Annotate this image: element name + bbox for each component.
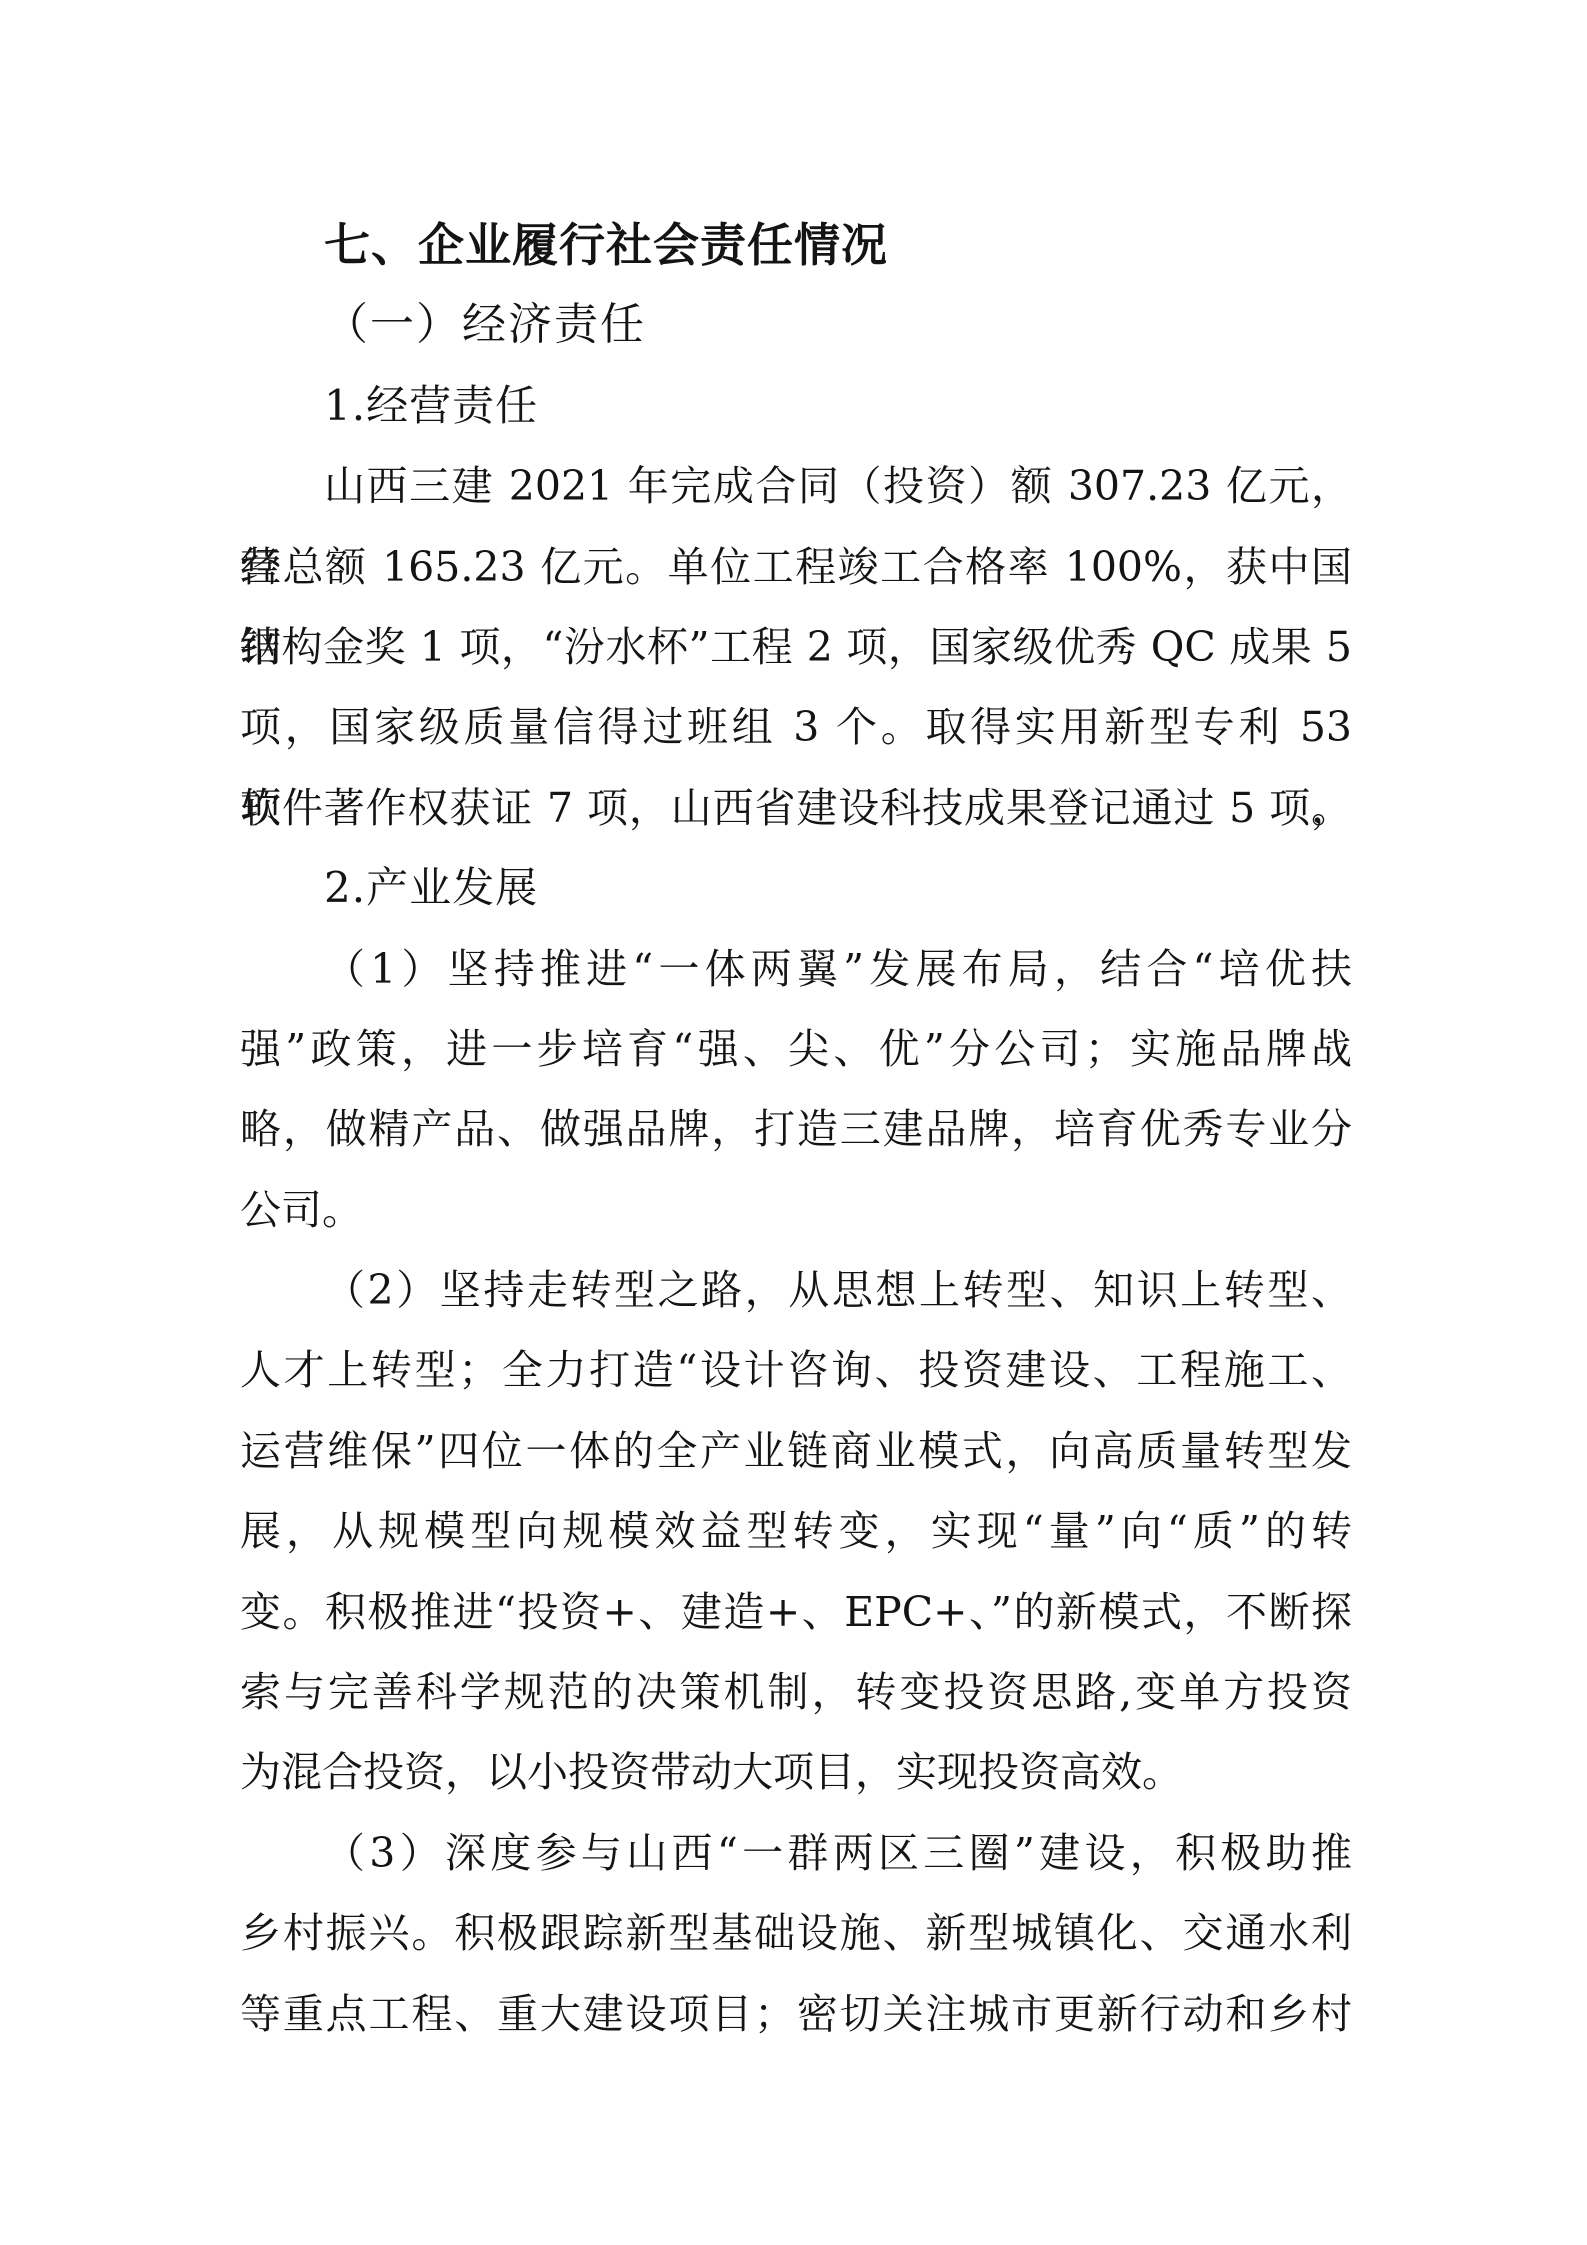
body-line: 人才上转型；全力打造“设计咨询、投资建设、工程施工、: [240, 1330, 1352, 1410]
numbered-heading-2: 2.产业发展: [240, 848, 1352, 928]
body-line: 略，做精产品、做强品牌，打造三建品牌，培育优秀专业分: [240, 1089, 1352, 1169]
body-line: 山西三建 2021 年完成合同（投资）额 307.23 亿元，经: [240, 446, 1352, 526]
body-line: 营总额 165.23 亿元。单位工程竣工合格率 100%，获中国钢: [240, 527, 1352, 607]
body-line: 索与完善科学规范的决策机制，转变投资思路,变单方投资: [240, 1652, 1352, 1732]
body-line: 结构金奖 1 项，“汾水杯”工程 2 项，国家级优秀 QC 成果 5: [240, 607, 1352, 687]
body-line: 强”政策，进一步培育“强、尖、优”分公司；实施品牌战: [240, 1009, 1352, 1089]
body-line: （1）坚持推进“一体两翼”发展布局，结合“培优扶: [240, 929, 1352, 1009]
document-page: 七、企业履行社会责任情况 （一）经济责任 1.经营责任 山西三建 2021 年完…: [0, 0, 1587, 2245]
body-line: 软件著作权获证 7 项，山西省建设科技成果登记通过 5 项。: [240, 768, 1352, 848]
body-line: 乡村振兴。积极跟踪新型基础设施、新型城镇化、交通水利: [240, 1893, 1352, 1973]
sub-heading: （一）经济责任: [240, 285, 1352, 365]
body-line: 为混合投资，以小投资带动大项目，实现投资高效。: [240, 1732, 1352, 1812]
numbered-heading-1: 1.经营责任: [240, 366, 1352, 446]
document-body: 七、企业履行社会责任情况 （一）经济责任 1.经营责任 山西三建 2021 年完…: [240, 205, 1352, 2054]
body-line: 变。积极推进“投资+、建造+、EPC+、”的新模式，不断探: [240, 1572, 1352, 1652]
body-line: （3）深度参与山西“一群两区三圈”建设，积极助推: [240, 1813, 1352, 1893]
body-line: 运营维保”四位一体的全产业链商业模式，向高质量转型发: [240, 1411, 1352, 1491]
body-line: 展，从规模型向规模效益型转变，实现“量”向“质”的转: [240, 1491, 1352, 1571]
body-line: （2）坚持走转型之路，从思想上转型、知识上转型、: [240, 1250, 1352, 1330]
body-line: 公司。: [240, 1170, 1352, 1250]
body-line: 项，国家级质量信得过班组 3 个。取得实用新型专利 53 项，: [240, 687, 1352, 767]
body-line: 等重点工程、重大建设项目；密切关注城市更新行动和乡村: [240, 1974, 1352, 2054]
section-heading: 七、企业履行社会责任情况: [240, 205, 1352, 285]
